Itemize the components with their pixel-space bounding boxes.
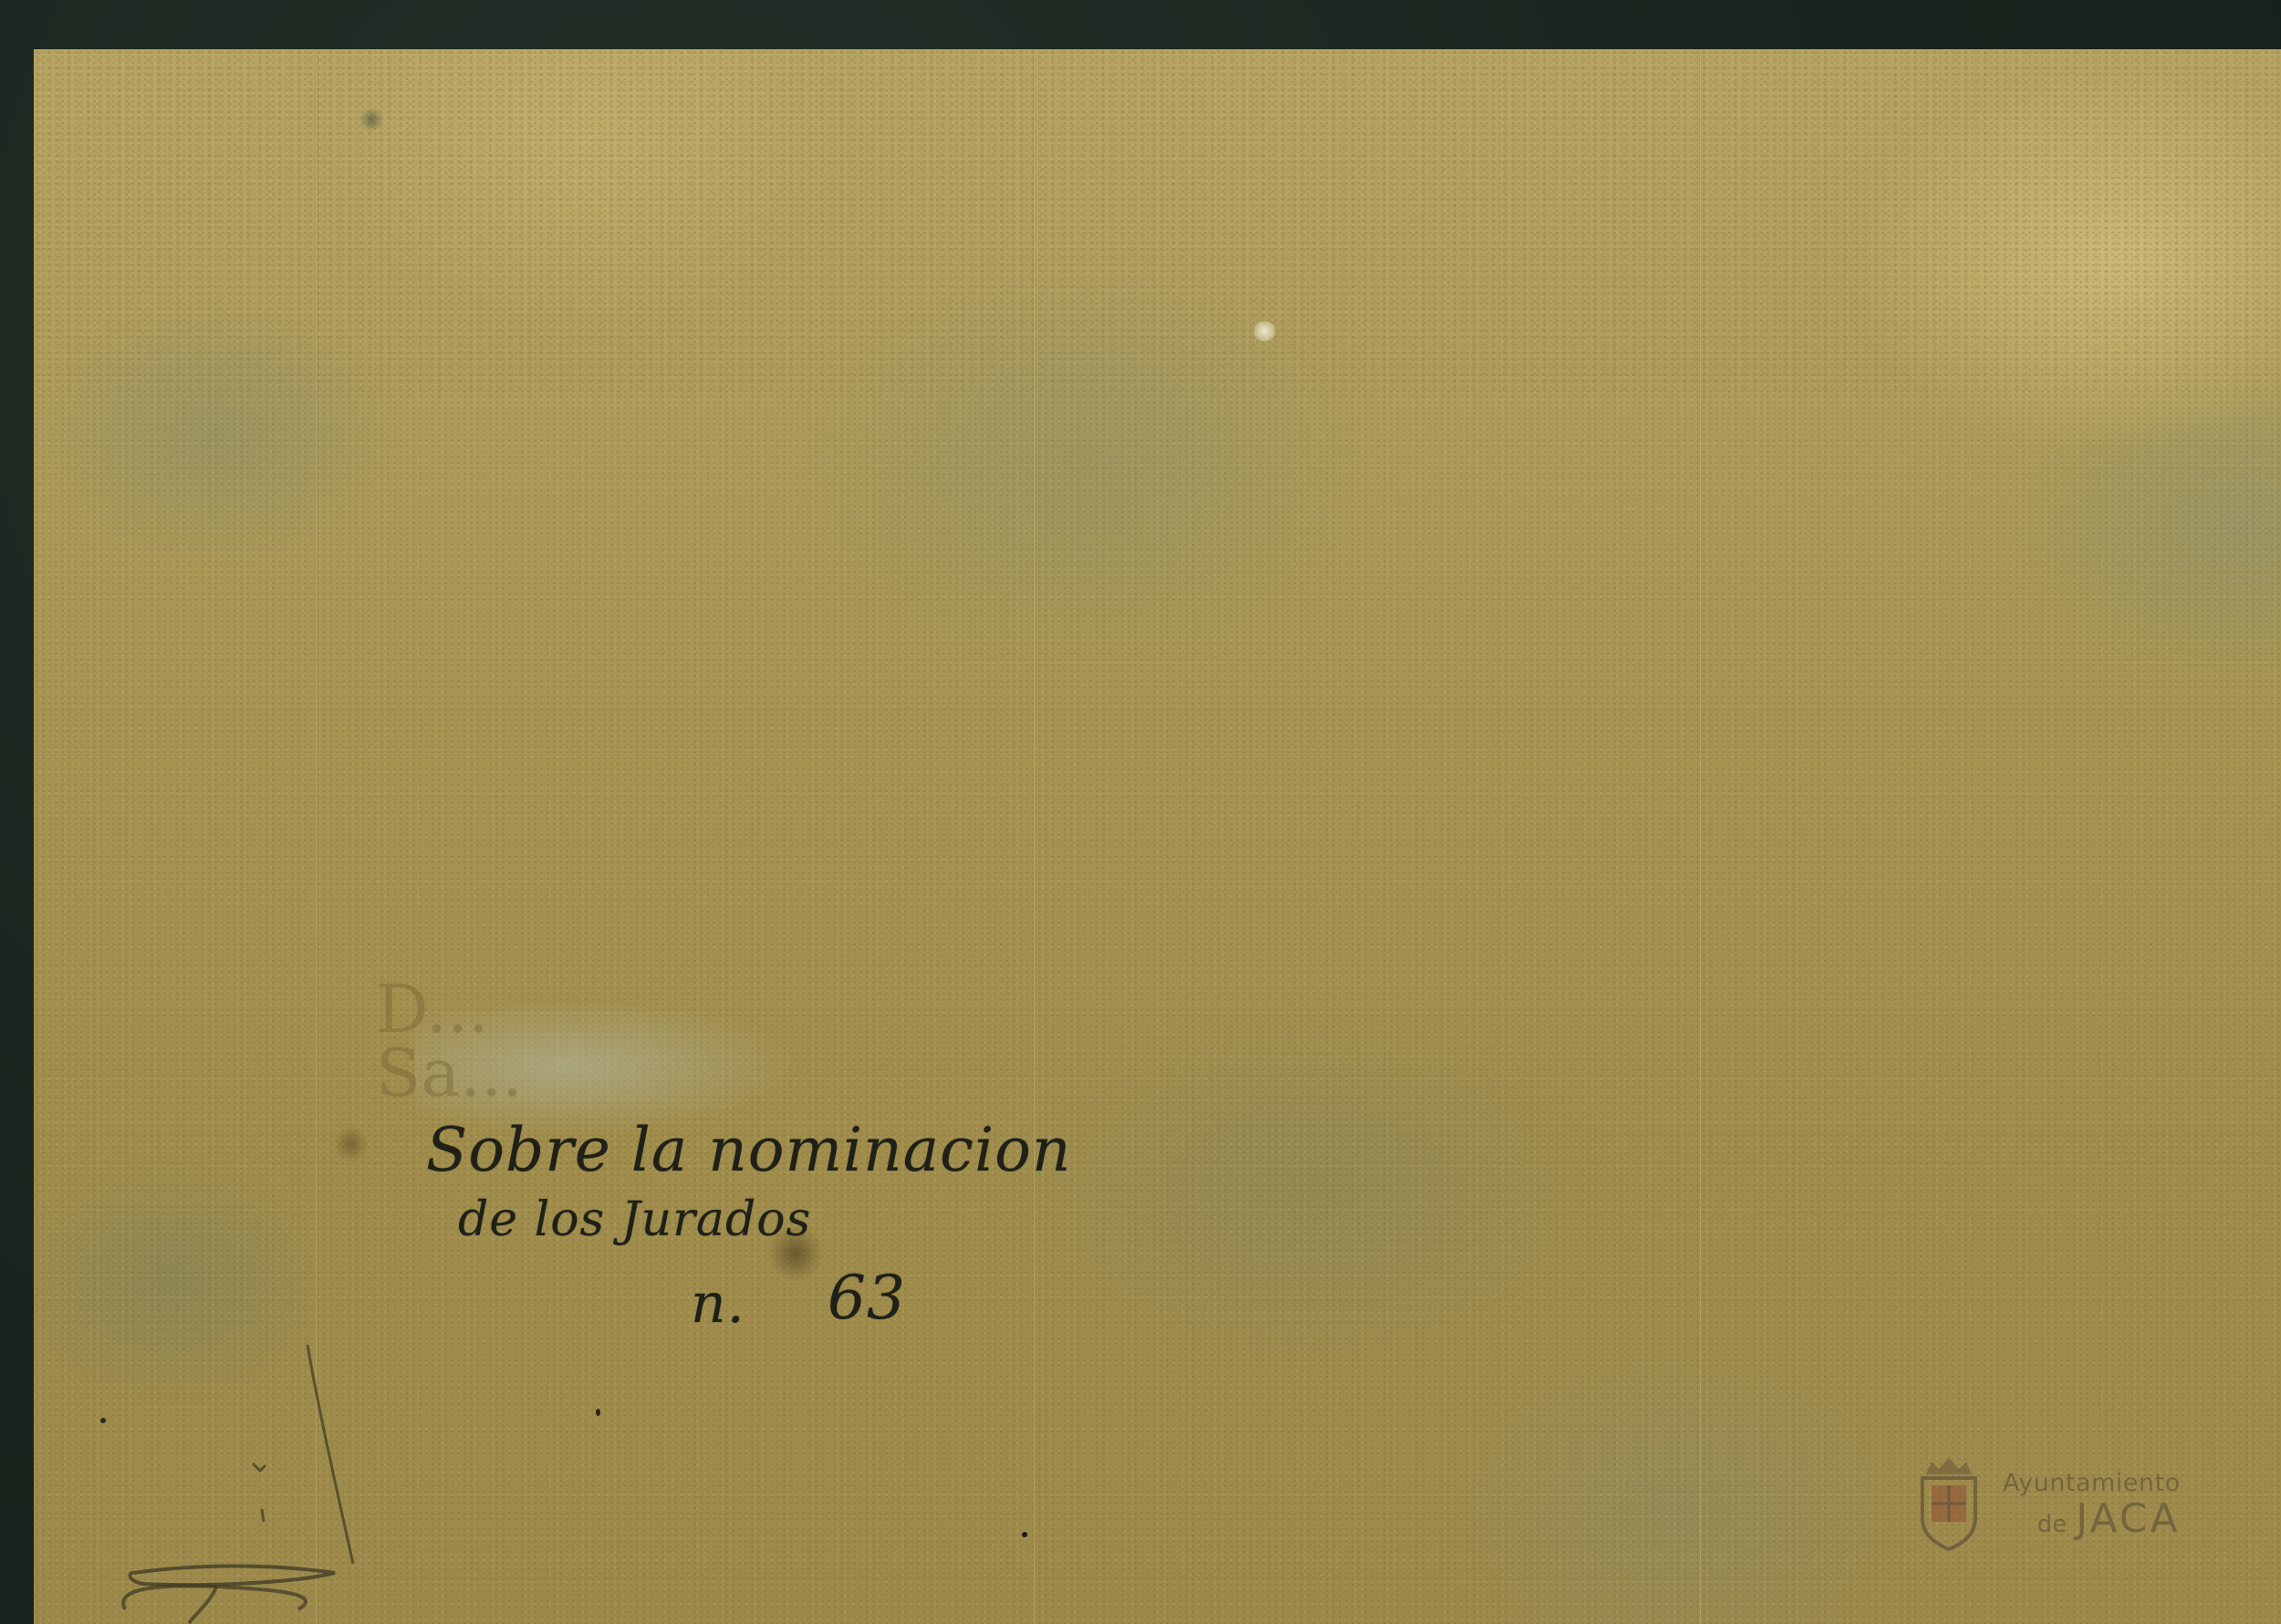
signature-flourish	[89, 1345, 380, 1624]
parchment-document: D... Sa... Sobre la nominacion de los Ju…	[34, 49, 2281, 1624]
fold-line	[34, 752, 2281, 755]
watermark-line2: deJACA	[2037, 1499, 2181, 1539]
watermark-line2-prefix: de	[2037, 1511, 2067, 1538]
fold-line	[1699, 49, 1702, 1624]
stain-spot	[333, 1126, 370, 1162]
watermark-line2-name: JACA	[2076, 1495, 2180, 1542]
ink-dot	[596, 1409, 600, 1416]
ink-dot	[100, 1418, 106, 1423]
endorsement-number: 63	[828, 1263, 906, 1333]
faded-note-line2: Sa...	[376, 1035, 523, 1111]
endorsement-number-prefix: n.	[691, 1272, 745, 1336]
endorsement-line1: Sobre la nominacion	[426, 1115, 1071, 1185]
ink-spot	[358, 109, 385, 130]
ink-dot	[1022, 1532, 1027, 1537]
hole-spot	[1253, 321, 1276, 341]
parchment-grain-top	[34, 49, 2281, 396]
fold-line	[1033, 49, 1036, 1624]
coat-of-arms-icon	[1913, 1454, 1984, 1555]
archive-watermark: Ayuntamiento deJACA	[1913, 1454, 2187, 1555]
watermark-line1: Ayuntamiento	[2003, 1471, 2181, 1495]
endorsement-line2: de los Jurados	[458, 1192, 811, 1247]
